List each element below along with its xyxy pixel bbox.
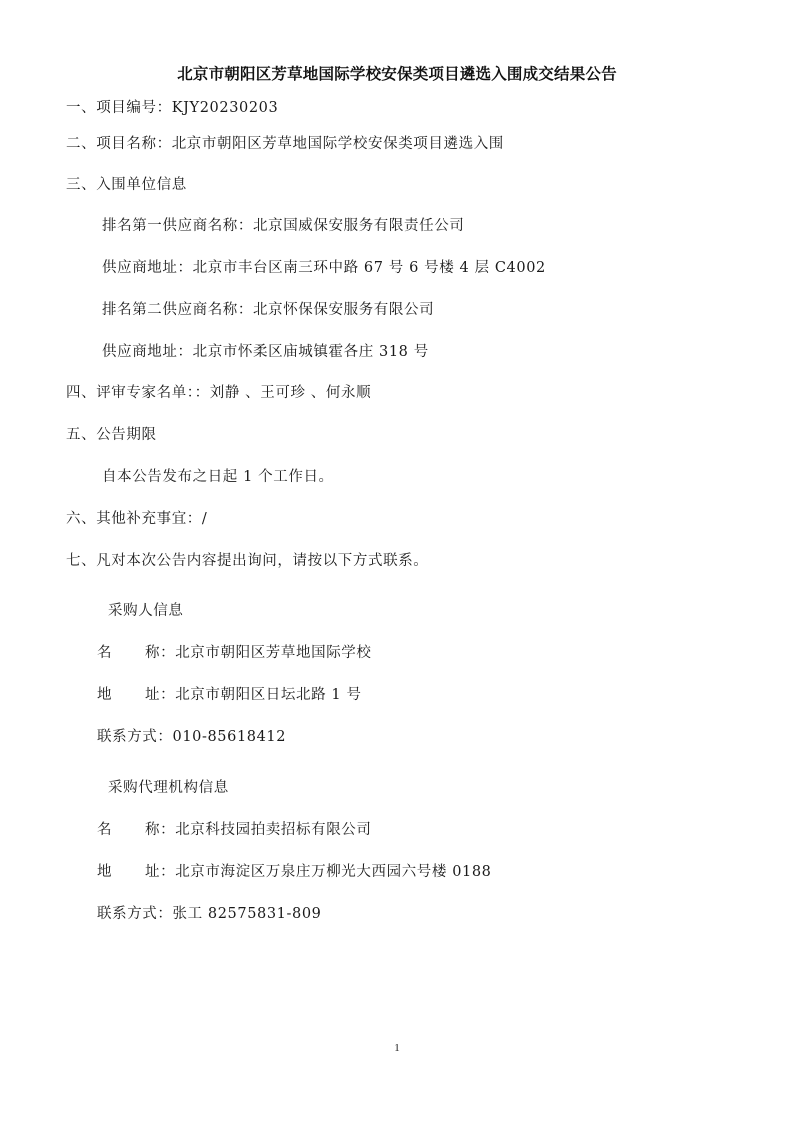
purchaser-heading: 采购人信息 (108, 599, 184, 620)
label: 称： (145, 818, 175, 839)
label: 地 (97, 683, 145, 704)
label: 名 (97, 818, 145, 839)
label: 联系方式： (97, 729, 173, 745)
other-matters: 六、其他补充事宜：/ (66, 507, 207, 528)
label: 联系方式： (97, 906, 173, 922)
agency-name: 北京科技园拍卖招标有限公司 (175, 818, 371, 839)
notice-period-heading: 五、公告期限 (66, 423, 157, 444)
label: 址： (145, 860, 175, 881)
purchaser-contact-row: 联系方式：010-85618412 (97, 725, 286, 746)
project-number: 一、项目编号：KJY20230203 (66, 96, 278, 117)
page-number: 1 (0, 1042, 794, 1054)
label: 名 (97, 641, 145, 662)
agency-address: 北京市海淀区万泉庄万柳光大西园六号楼 0188 (175, 860, 491, 881)
label: 地 (97, 860, 145, 881)
expert-list: 四、评审专家名单：：刘静 、王可珍 、何永顺 (66, 381, 371, 402)
supplier-1-name: 排名第一供应商名称：北京国威保安服务有限责任公司 (102, 214, 464, 235)
purchaser-phone: 010-85618412 (173, 729, 287, 745)
supplier-2-address: 供应商地址：北京市怀柔区庙城镇霍各庄 318 号 (102, 340, 429, 361)
agency-contact-row: 联系方式：张工 82575831-809 (97, 902, 322, 923)
purchaser-name-row: 名 称： 北京市朝阳区芳草地国际学校 (97, 641, 372, 662)
document-title: 北京市朝阳区芳草地国际学校安保类项目遴选入围成交结果公告 (0, 62, 794, 84)
notice-period-text: 自本公告发布之日起 1 个工作日。 (102, 465, 334, 486)
agency-address-row: 地 址： 北京市海淀区万泉庄万柳光大西园六号楼 0188 (97, 860, 492, 881)
purchaser-name: 北京市朝阳区芳草地国际学校 (175, 641, 371, 662)
purchaser-address: 北京市朝阳区日坛北路 1 号 (175, 683, 361, 704)
project-name: 二、项目名称：北京市朝阳区芳草地国际学校安保类项目遴选入围 (66, 132, 504, 153)
agency-heading: 采购代理机构信息 (108, 776, 229, 797)
label: 称： (145, 641, 175, 662)
supplier-1-address: 供应商地址：北京市丰台区南三环中路 67 号 6 号楼 4 层 C4002 (102, 256, 546, 277)
contact-instructions: 七、凡对本次公告内容提出询问，请按以下方式联系。 (66, 549, 428, 570)
agency-phone: 张工 82575831-809 (173, 906, 322, 922)
purchaser-address-row: 地 址： 北京市朝阳区日坛北路 1 号 (97, 683, 362, 704)
supplier-2-name: 排名第二供应商名称：北京怀保保安服务有限公司 (102, 298, 434, 319)
label: 址： (145, 683, 175, 704)
agency-name-row: 名 称： 北京科技园拍卖招标有限公司 (97, 818, 372, 839)
section-shortlisted-heading: 三、入围单位信息 (66, 173, 187, 194)
